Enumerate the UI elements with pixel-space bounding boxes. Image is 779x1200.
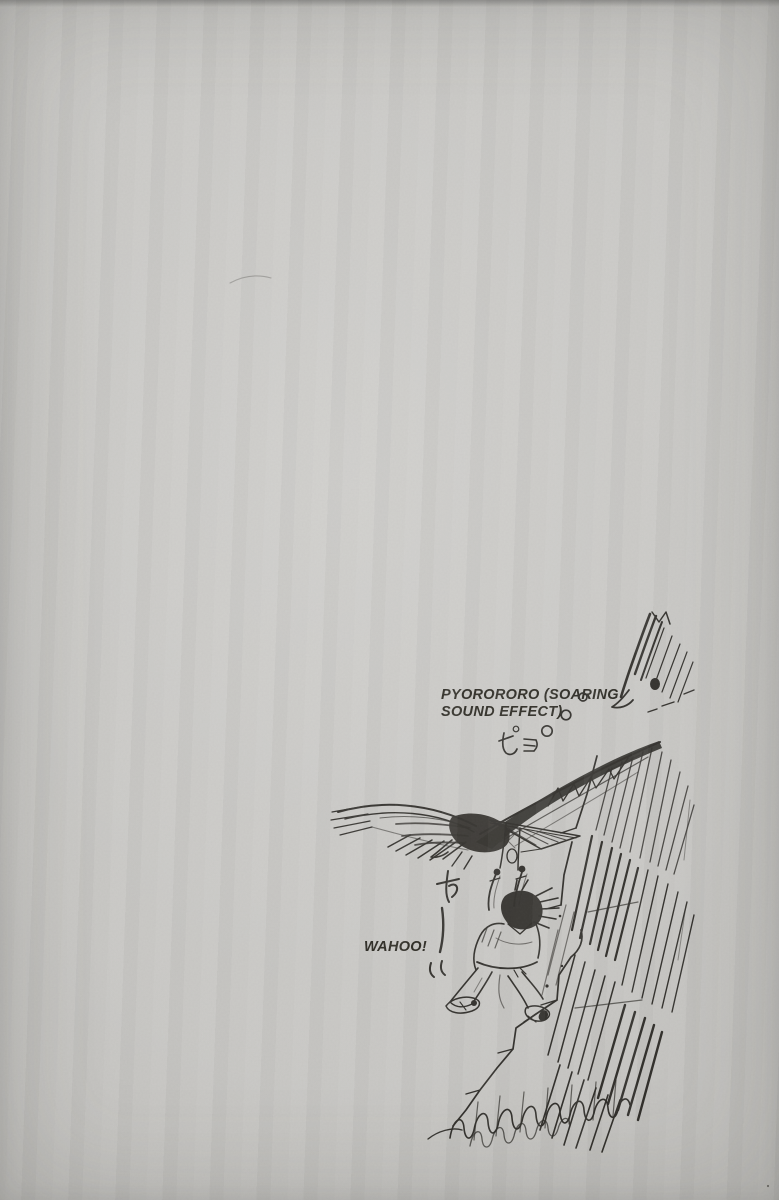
manga-page-scan: PYORORORO (SOARING SOUND EFFECT) WAHOO!	[0, 0, 779, 1200]
sketch-canvas: PYORORORO (SOARING SOUND EFFECT) WAHOO!	[0, 0, 779, 1200]
paper-grain-overlay	[0, 0, 779, 1200]
